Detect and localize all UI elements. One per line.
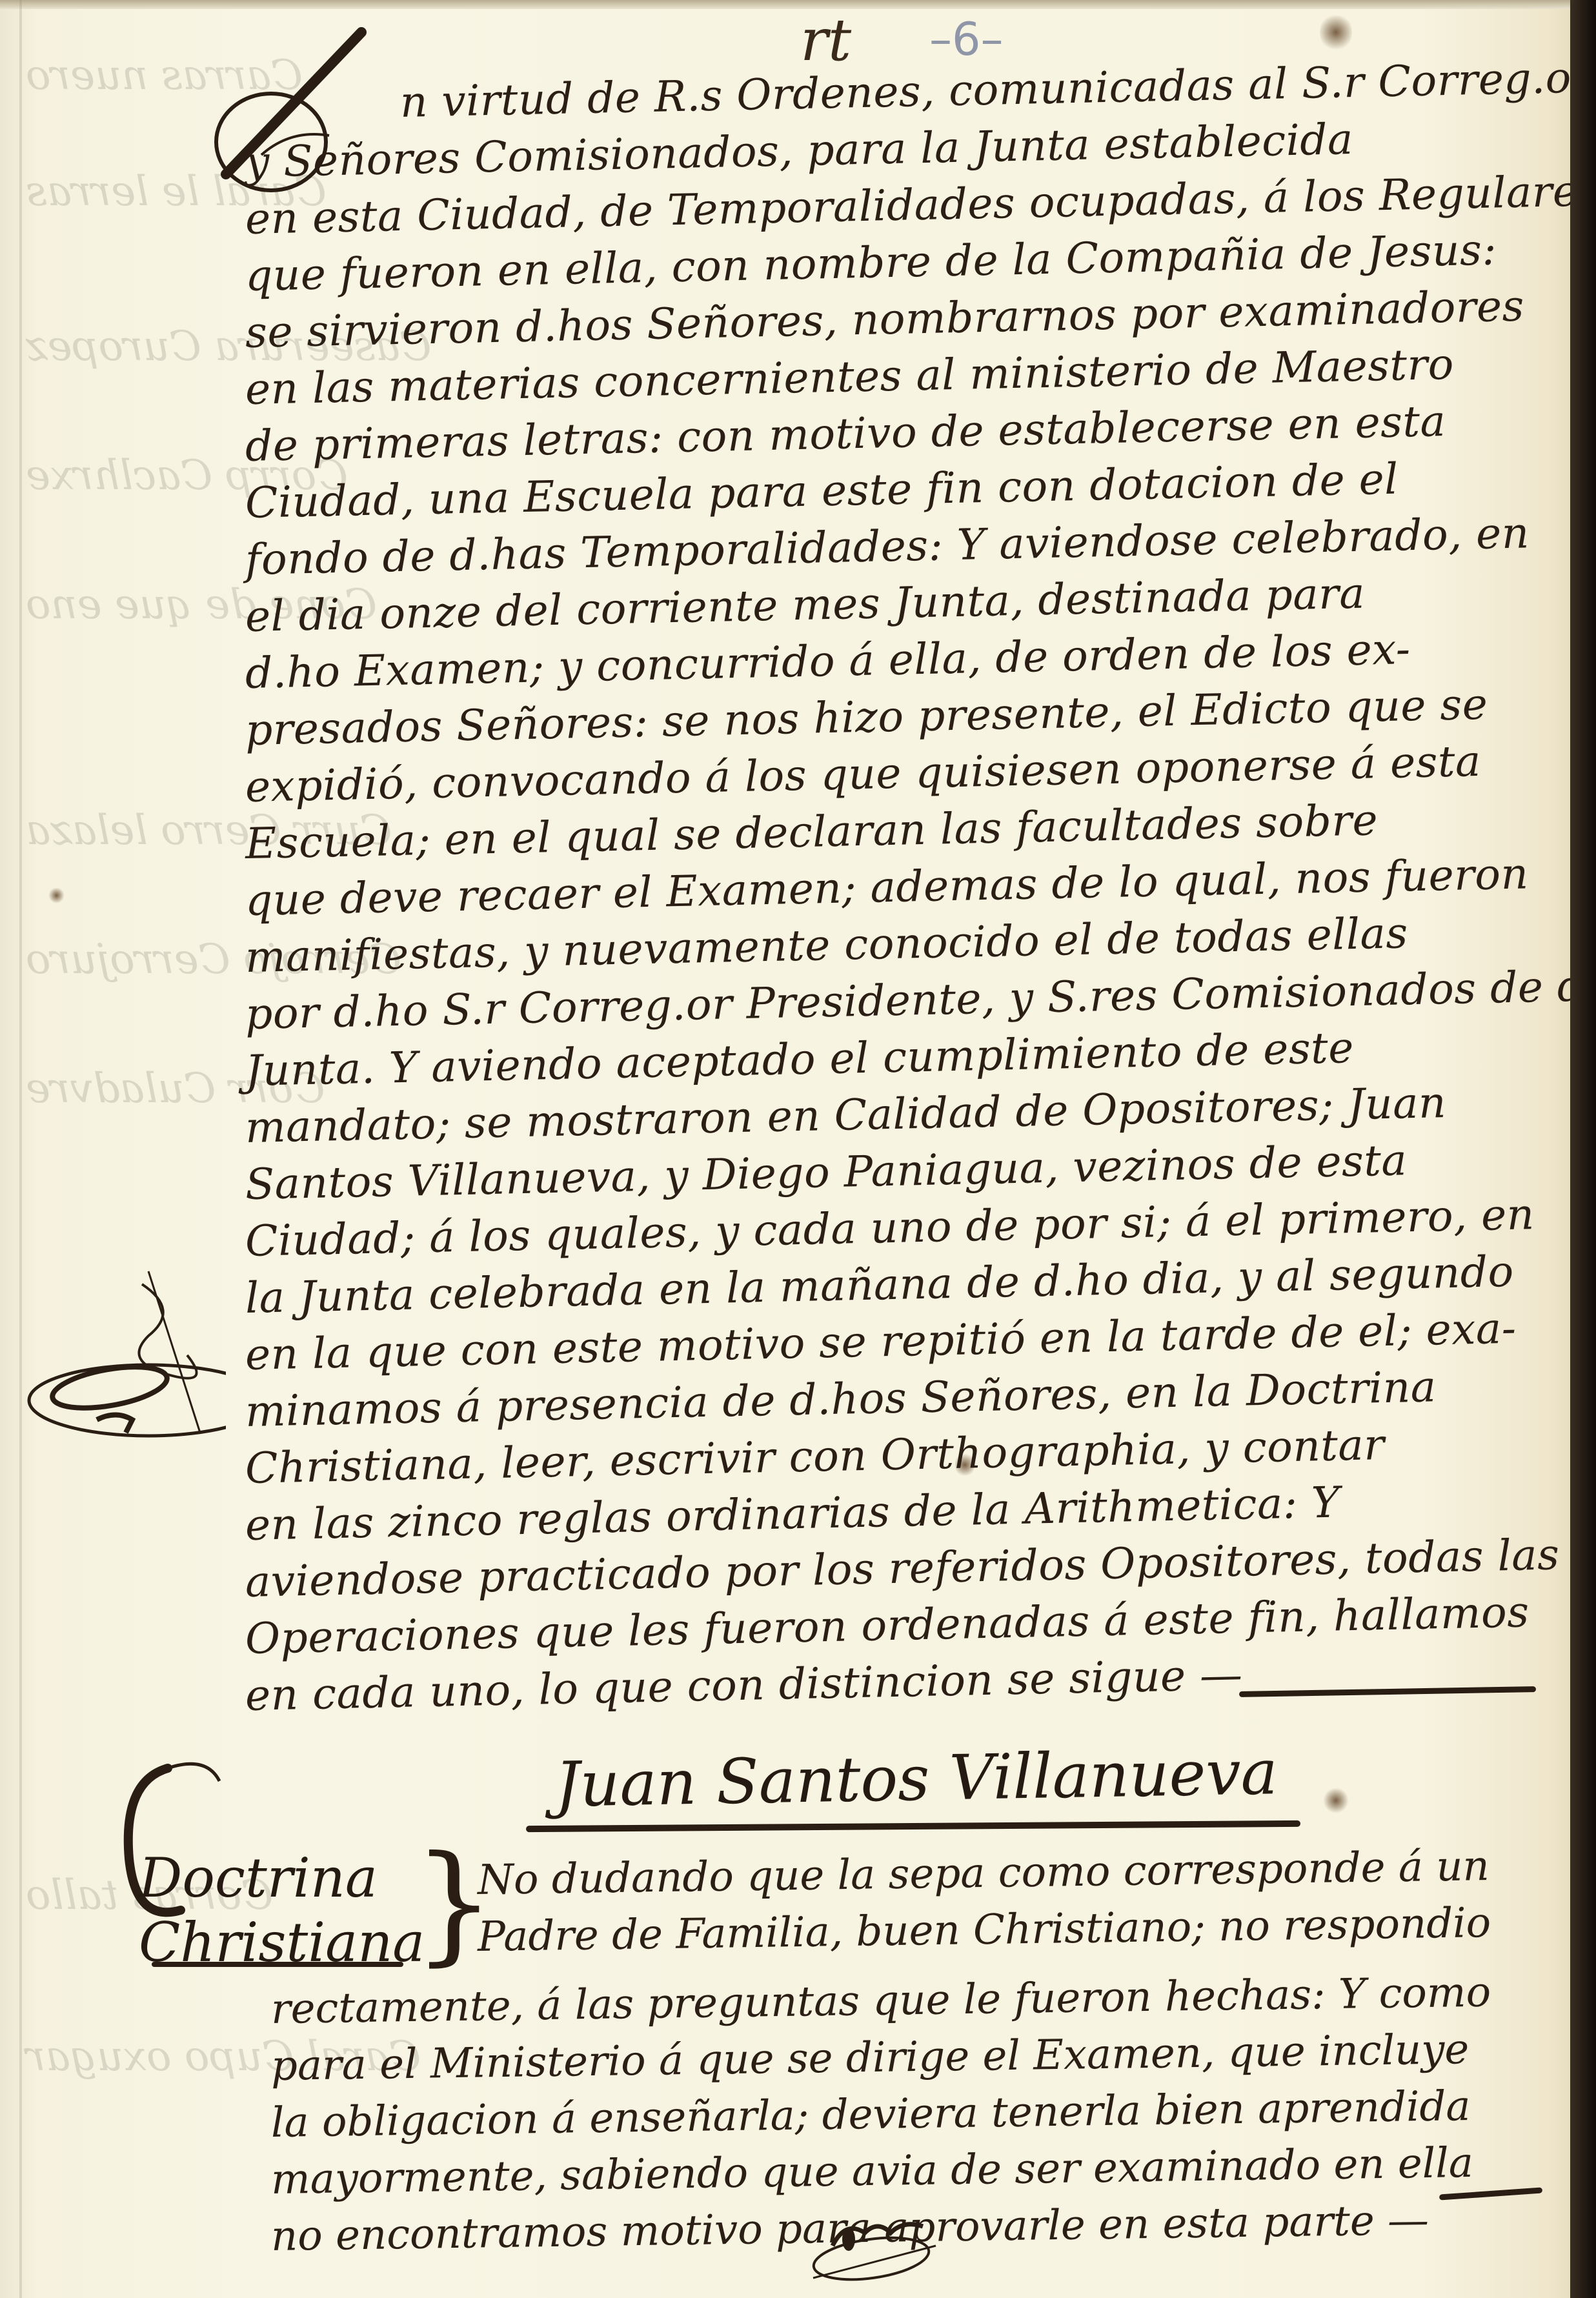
section-margin-label: Doctrina Christiana [139,1846,425,1975]
body-text: n virtud de R.s Ordenes, comunicadas al … [245,77,1555,1724]
section-text: No dudando que la sepa como corresponde … [478,1852,1575,1966]
folio-number-dash: – [929,13,952,66]
margin-label-underline [152,1962,403,1967]
folio-number: –6– [929,13,1004,66]
ink-stain [1320,13,1352,52]
book-binding-edge [1570,0,1596,2298]
folio-mark: rt [800,6,851,74]
signature-rubric-icon [794,2207,949,2284]
folio-number-value: 6 [952,13,981,66]
candidate-heading: Juan Santos Villanueva [554,1736,1278,1821]
heading-underline [526,1820,1300,1832]
folio-number-dash: – [981,13,1004,66]
margin-label-line: Doctrina [139,1846,425,1910]
ink-stain [48,887,65,903]
margin-rubric-icon [19,1245,226,1452]
manuscript-page: Carras nuero Caral le lerras Caseerura C… [0,0,1575,2298]
ink-stain [1323,1788,1349,1813]
